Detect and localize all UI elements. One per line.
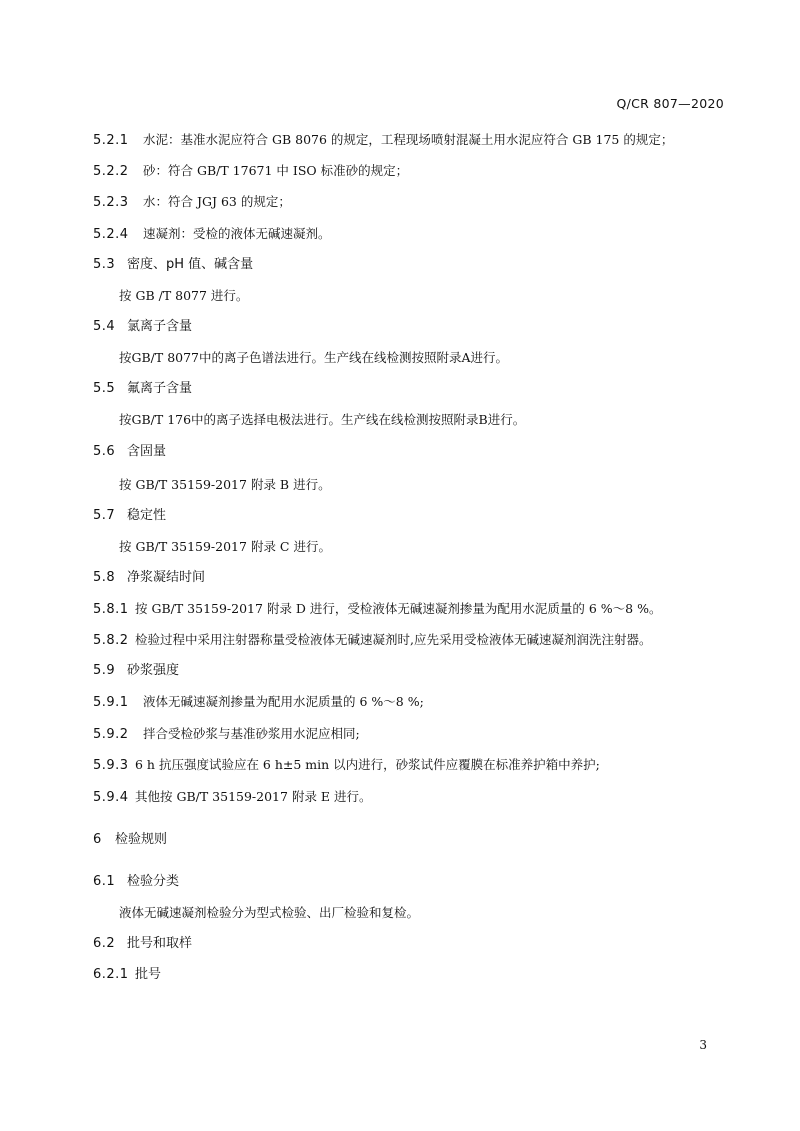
section-5-5-body: 按GB/T 176中的离子选择电极法进行。生产线在线检测按照附录B进行。 xyxy=(119,411,525,429)
section-5-9-heading: 5.9砂浆强度 xyxy=(93,662,179,680)
clause-number: 5.2.3 xyxy=(93,194,143,212)
clause-5-2-3: 5.2.3水：符合 JGJ 63 的规定； xyxy=(93,193,291,212)
section-6-2-heading: 6.2批号和取样 xyxy=(93,935,192,953)
clause-title: 批号 xyxy=(135,967,161,982)
section-6-1-body: 液体无碱速凝剂检验分为型式检验、出厂检验和复检。 xyxy=(119,904,419,922)
clause-6-2-1-heading: 6.2.1批号 xyxy=(93,966,161,984)
section-title: 含固量 xyxy=(127,444,166,459)
clause-number: 6.2.1 xyxy=(93,966,135,984)
section-number: 5.8 xyxy=(93,569,127,587)
clause-text: 拌合受检砂浆与基准砂浆用水泥应相同; xyxy=(143,726,360,741)
section-number: 5.7 xyxy=(93,507,127,525)
section-6-1-heading: 6.1检验分类 xyxy=(93,873,179,891)
clause-text: 砂：符合 GB/T 17671 中 ISO 标准砂的规定； xyxy=(143,163,408,178)
section-number: 6.2 xyxy=(93,935,127,953)
clause-text: 按 GB/T 35159-2017 附录 D 进行，受检液体无碱速凝剂掺量为配用… xyxy=(135,601,662,616)
section-title: 批号和取样 xyxy=(127,936,192,951)
section-number: 5.3 xyxy=(93,256,127,274)
clause-5-2-2: 5.2.2砂：符合 GB/T 17671 中 ISO 标准砂的规定； xyxy=(93,162,408,181)
clause-number: 5.9.3 xyxy=(93,757,135,775)
clause-number: 5.8.2 xyxy=(93,632,135,650)
section-title: 氟离子含量 xyxy=(127,381,192,396)
section-number: 6.1 xyxy=(93,873,127,891)
clause-number: 5.9.4 xyxy=(93,789,135,807)
section-number: 5.5 xyxy=(93,380,127,398)
section-number: 5.4 xyxy=(93,318,127,336)
clause-5-2-4: 5.2.4速凝剂：受检的液体无碱速凝剂。 xyxy=(93,225,331,244)
clause-text: 水：符合 JGJ 63 的规定； xyxy=(143,194,291,209)
clause-5-9-3: 5.9.36 h 抗压强度试验应在 6 h±5 min 以内进行，砂浆试件应覆膜… xyxy=(93,756,600,775)
clause-number: 5.8.1 xyxy=(93,601,135,619)
section-title: 密度、pH 值、碱含量 xyxy=(127,257,253,272)
section-5-4-body: 按GB/T 8077中的离子色谱法进行。生产线在线检测按照附录A进行。 xyxy=(119,349,508,367)
clause-5-2-1: 5.2.1水泥：基准水泥应符合 GB 8076 的规定，工程现场喷射混凝土用水泥… xyxy=(93,131,673,150)
chapter-6-heading: 6检验规则 xyxy=(93,831,167,849)
clause-number: 5.2.1 xyxy=(93,132,143,150)
clause-number: 5.9.2 xyxy=(93,726,143,744)
section-5-7-heading: 5.7稳定性 xyxy=(93,507,166,525)
section-5-4-heading: 5.4氯离子含量 xyxy=(93,318,192,336)
clause-text: 检验过程中采用注射器称量受检液体无碱速凝剂时,应先采用受检液体无碱速凝剂润洗注射… xyxy=(135,632,651,647)
clause-5-8-2: 5.8.2检验过程中采用注射器称量受检液体无碱速凝剂时,应先采用受检液体无碱速凝… xyxy=(93,631,651,650)
clause-text: 液体无碱速凝剂掺量为配用水泥质量的 6 %～8 %; xyxy=(143,694,424,709)
clause-5-9-4: 5.9.4其他按 GB/T 35159-2017 附录 E 进行。 xyxy=(93,788,372,807)
section-title: 氯离子含量 xyxy=(127,319,192,334)
section-5-6-body: 按 GB/T 35159-2017 附录 B 进行。 xyxy=(119,476,331,494)
section-5-8-heading: 5.8净浆凝结时间 xyxy=(93,569,205,587)
section-5-7-body: 按 GB/T 35159-2017 附录 C 进行。 xyxy=(119,538,331,556)
section-5-6-heading: 5.6含固量 xyxy=(93,443,166,461)
clause-number: 5.2.4 xyxy=(93,226,143,244)
clause-text: 速凝剂：受检的液体无碱速凝剂。 xyxy=(143,226,331,241)
section-title: 砂浆强度 xyxy=(127,663,179,678)
chapter-number: 6 xyxy=(93,831,115,849)
section-5-5-heading: 5.5氟离子含量 xyxy=(93,380,192,398)
section-5-3-body: 按 GB /T 8077 进行。 xyxy=(119,287,248,305)
section-title: 净浆凝结时间 xyxy=(127,570,205,585)
document-code: Q/CR 807—2020 xyxy=(616,96,724,111)
section-5-3-heading: 5.3密度、pH 值、碱含量 xyxy=(93,256,253,274)
section-number: 5.9 xyxy=(93,662,127,680)
section-title: 检验分类 xyxy=(127,874,179,889)
clause-text: 水泥：基准水泥应符合 GB 8076 的规定，工程现场喷射混凝土用水泥应符合 G… xyxy=(143,132,673,147)
clause-5-8-1: 5.8.1按 GB/T 35159-2017 附录 D 进行，受检液体无碱速凝剂… xyxy=(93,600,662,619)
clause-text: 其他按 GB/T 35159-2017 附录 E 进行。 xyxy=(135,789,372,804)
clause-number: 5.2.2 xyxy=(93,163,143,181)
clause-5-9-2: 5.9.2拌合受检砂浆与基准砂浆用水泥应相同; xyxy=(93,725,360,744)
clause-text: 6 h 抗压强度试验应在 6 h±5 min 以内进行，砂浆试件应覆膜在标准养护… xyxy=(135,757,600,772)
section-number: 5.6 xyxy=(93,443,127,461)
section-title: 稳定性 xyxy=(127,508,166,523)
clause-5-9-1: 5.9.1液体无碱速凝剂掺量为配用水泥质量的 6 %～8 %; xyxy=(93,693,424,712)
clause-number: 5.9.1 xyxy=(93,694,143,712)
chapter-title: 检验规则 xyxy=(115,832,167,847)
page-number: 3 xyxy=(699,1038,707,1052)
